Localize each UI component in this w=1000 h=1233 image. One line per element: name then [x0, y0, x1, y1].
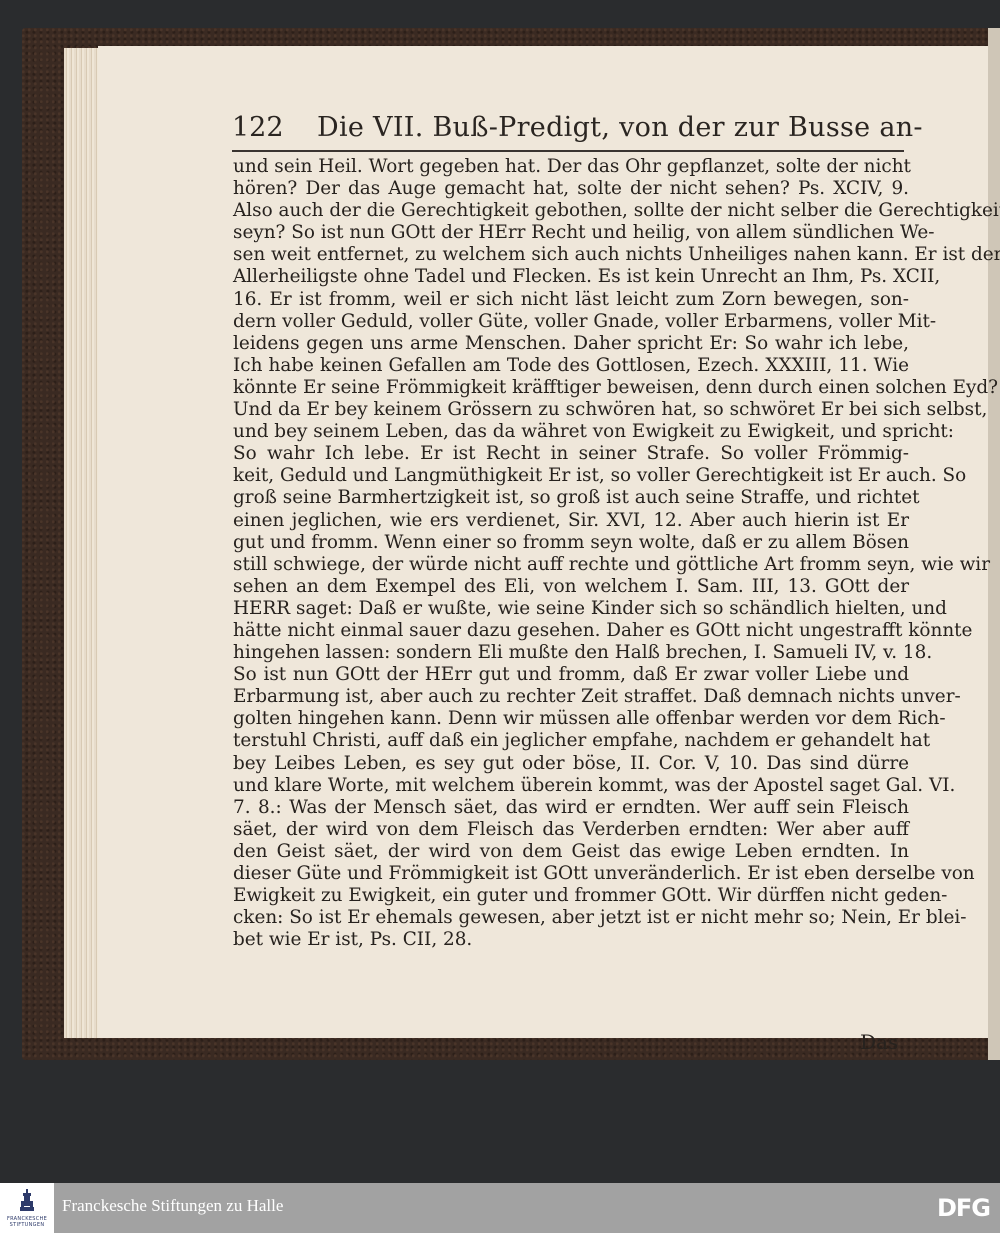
text-line: groß seine Barmhertzigkeit ist, so groß … [233, 487, 909, 509]
running-title: Die VII. Buß-Predigt, von der zur Busse … [317, 112, 923, 143]
text-line: und bey seinem Leben, das da währet von … [233, 421, 909, 443]
text-line: Erbarmung ist, aber auch zu rechter Zeit… [233, 686, 909, 708]
text-line: So ist nun GOtt der HErr gut und fromm, … [233, 664, 909, 686]
text-line: säet, der wird von dem Fleisch das Verde… [233, 819, 909, 841]
text-line: golten hingehen kann. Denn wir müssen al… [233, 708, 909, 730]
franckesche-stiftungen-logo[interactable]: FRANCKESCHE STIFTUNGEN [0, 1183, 54, 1233]
text-line: seyn? So ist nun GOtt der HErr Recht und… [233, 222, 909, 244]
facing-page-edge [988, 28, 1000, 1060]
header-rule [232, 150, 904, 152]
text-line: Ewigkeit zu Ewigkeit, ein guter und from… [233, 885, 909, 907]
text-line: sehen an dem Exempel des Eli, von welche… [233, 576, 909, 598]
text-line: still schwiege, der würde nicht auff rec… [233, 554, 909, 576]
text-line: gut und fromm. Wenn einer so fromm seyn … [233, 532, 909, 554]
page-edges [64, 48, 102, 1038]
text-line: und klare Worte, mit welchem überein kom… [233, 775, 909, 797]
catchword: Das [860, 1030, 898, 1054]
text-line: Und da Er bey keinem Grössern zu schwöre… [233, 399, 909, 421]
text-line: Ich habe keinen Gefallen am Tode des Got… [233, 355, 909, 377]
text-line: hätte nicht einmal sauer dazu gesehen. D… [233, 620, 909, 642]
text-line: bet wie Er ist, Ps. CII, 28. [233, 929, 909, 951]
text-line: dieser Güte und Frömmigkeit ist GOtt unv… [233, 863, 909, 885]
page-number: 122 [232, 112, 284, 143]
text-line: 7. 8.: Was der Mensch säet, das wird er … [233, 797, 909, 819]
text-line: cken: So ist Er ehemals gewesen, aber je… [233, 907, 909, 929]
text-line: einen jeglichen, wie ers verdienet, Sir.… [233, 510, 909, 532]
text-line: hingehen lassen: sondern Eli mußte den H… [233, 642, 909, 664]
text-line: 16. Er ist fromm, weil er sich nicht läs… [233, 289, 909, 311]
text-line: leidens gegen uns arme Menschen. Daher s… [233, 333, 909, 355]
institution-name[interactable]: Franckesche Stiftungen zu Halle [62, 1196, 283, 1216]
text-line: hören? Der das Auge gemacht hat, solte d… [233, 178, 909, 200]
text-line: Also auch der die Gerechtigkeit gebothen… [233, 200, 909, 222]
page-body-text: und sein Heil. Wort gegeben hat. Der das… [233, 156, 909, 951]
dfg-logo[interactable]: DFG [937, 1194, 990, 1222]
book-scan: 122 Die VII. Buß-Predigt, von der zur Bu… [0, 0, 1000, 1183]
text-line: sen weit entfernet, zu welchem sich auch… [233, 244, 909, 266]
text-line: dern voller Geduld, voller Güte, voller … [233, 311, 909, 333]
text-line: und sein Heil. Wort gegeben hat. Der das… [233, 156, 909, 178]
text-line: keit, Geduld und Langmüthigkeit Er ist, … [233, 465, 909, 487]
text-line: könnte Er seine Frömmigkeit kräfftiger b… [233, 377, 909, 399]
text-line: den Geist säet, der wird von dem Geist d… [233, 841, 909, 863]
text-line: HERR saget: Daß er wußte, wie seine Kind… [233, 598, 909, 620]
text-line: Allerheiligste ohne Tadel und Flecken. E… [233, 266, 909, 288]
page-header: 122 Die VII. Buß-Predigt, von der zur Bu… [232, 112, 902, 152]
logo-caption: FRANCKESCHE STIFTUNGEN [2, 1216, 52, 1228]
footer-bar: FRANCKESCHE STIFTUNGEN Franckesche Stift… [0, 1183, 1000, 1233]
text-line: terstuhl Christi, auff daß ein jeglicher… [233, 730, 909, 752]
text-line: So wahr Ich lebe. Er ist Recht in seiner… [233, 443, 909, 465]
text-line: bey Leibes Leben, es sey gut oder böse, … [233, 753, 909, 775]
statue-icon [20, 1189, 34, 1211]
